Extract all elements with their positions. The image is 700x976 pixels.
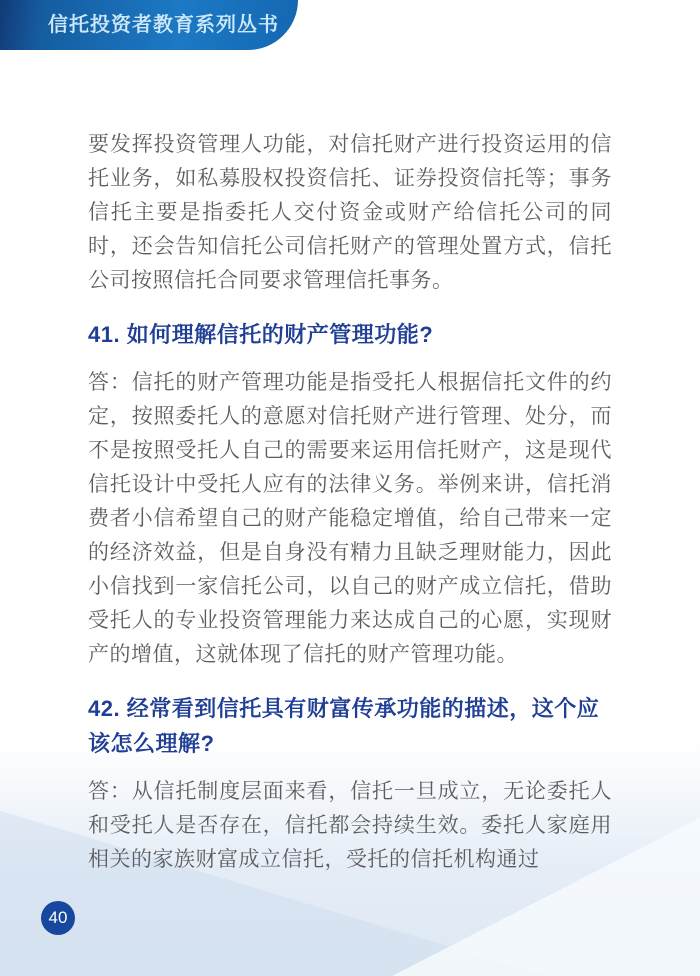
question-42-heading: 42. 经常看到信托具有财富传承功能的描述，这个应该怎么理解? [88, 691, 612, 761]
question-42-answer: 答：从信托制度层面来看，信托一旦成立，无论委托人和受托人是否存在，信托都会持续生… [88, 775, 612, 877]
question-41-answer: 答：信托的财产管理功能是指受托人根据信托文件的约定，按照委托人的意愿对信托财产进… [88, 366, 612, 672]
document-page: 信托投资者教育系列丛书 要发挥投资管理人功能，对信托财产进行投资运用的信托业务，… [0, 0, 700, 976]
page-number-badge: 40 [41, 901, 75, 935]
header-banner: 信托投资者教育系列丛书 [0, 0, 298, 50]
page-content: 要发挥投资管理人功能，对信托财产进行投资运用的信托业务，如私募股权投资信托、证券… [88, 128, 612, 896]
intro-paragraph: 要发挥投资管理人功能，对信托财产进行投资运用的信托业务，如私募股权投资信托、证券… [88, 128, 612, 298]
series-title: 信托投资者教育系列丛书 [0, 0, 298, 50]
question-41-heading: 41. 如何理解信托的财产管理功能? [88, 317, 612, 352]
